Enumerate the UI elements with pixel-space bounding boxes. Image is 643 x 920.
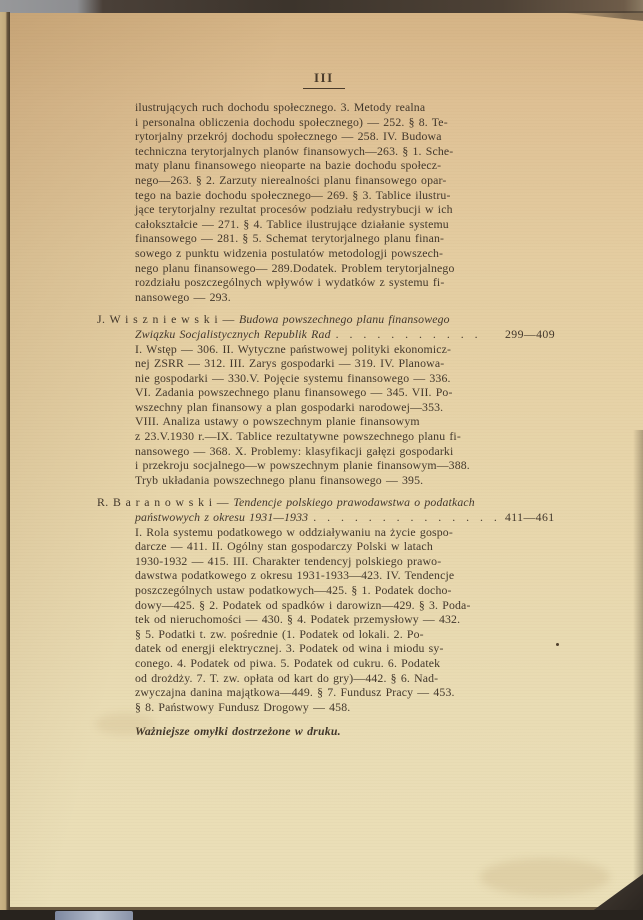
paper-stain (280, 188, 375, 236)
dot-leader: . . . . . . . . . . . (336, 327, 479, 341)
book-scan: III ilustrujących ruch dochodu społeczne… (0, 0, 643, 920)
entry-description: I. Rola systemu podatkowego w oddziaływa… (135, 525, 643, 715)
ink-speck (556, 643, 559, 646)
toc-entry-baranowski: R. B a r a n o w s k i — Tendencje polsk… (135, 495, 643, 714)
scan-top-edge (0, 0, 643, 13)
dot-leader: . . . . . . . . . . . . . . (313, 510, 498, 524)
entry-heading-line2: państwowych z okresu 1931—1933. . . . . … (135, 510, 643, 525)
book-page: III ilustrujących ruch dochodu społeczne… (10, 13, 643, 910)
entry-heading: J. W i s z n i e w s k i — Budowa powsze… (135, 312, 643, 341)
toc-entry-wiszniewski: J. W i s z n i e w s k i — Budowa powsze… (135, 312, 643, 487)
paper-stain (480, 858, 610, 896)
entry-author: J. W i s z n i e w s k i — (97, 312, 239, 326)
entry-page-range: 299—409 (505, 327, 555, 342)
entry-heading-line2: Związku Socjalistycznych Republik Rad. .… (135, 327, 643, 342)
book-spine-edge (0, 12, 10, 920)
entry-heading-line1: R. B a r a n o w s k i — Tendencje polsk… (97, 495, 643, 510)
entry-page-range: 411—461 (505, 510, 555, 525)
entry-description: I. Wstęp — 306. II. Wytyczne państwowej … (135, 342, 643, 488)
entry-title-part2: Związku Socjalistycznych Republik Rad (135, 327, 331, 341)
entry-title-part1: Tendencje polskiego prawodawstwa o podat… (233, 495, 475, 509)
bookmark-edge (55, 911, 133, 920)
page-number-heading: III (303, 70, 345, 89)
page-edge-shadow (633, 430, 643, 910)
entry-heading: R. B a r a n o w s k i — Tendencje polsk… (135, 495, 643, 524)
paper-stain (95, 713, 155, 735)
entry-title-part2: państwowych z okresu 1931—1933 (135, 510, 308, 524)
entry-title-part1: Budowa powszechnego planu finansowego (239, 312, 450, 326)
toc-continuation-paragraph: ilustrujących ruch dochodu społecznego. … (135, 100, 643, 304)
entry-heading-line1: J. W i s z n i e w s k i — Budowa powsze… (97, 312, 643, 327)
errata-note: Ważniejsze omyłki dostrzeżone w druku. (135, 724, 643, 739)
entry-author: R. B a r a n o w s k i — (97, 495, 233, 509)
